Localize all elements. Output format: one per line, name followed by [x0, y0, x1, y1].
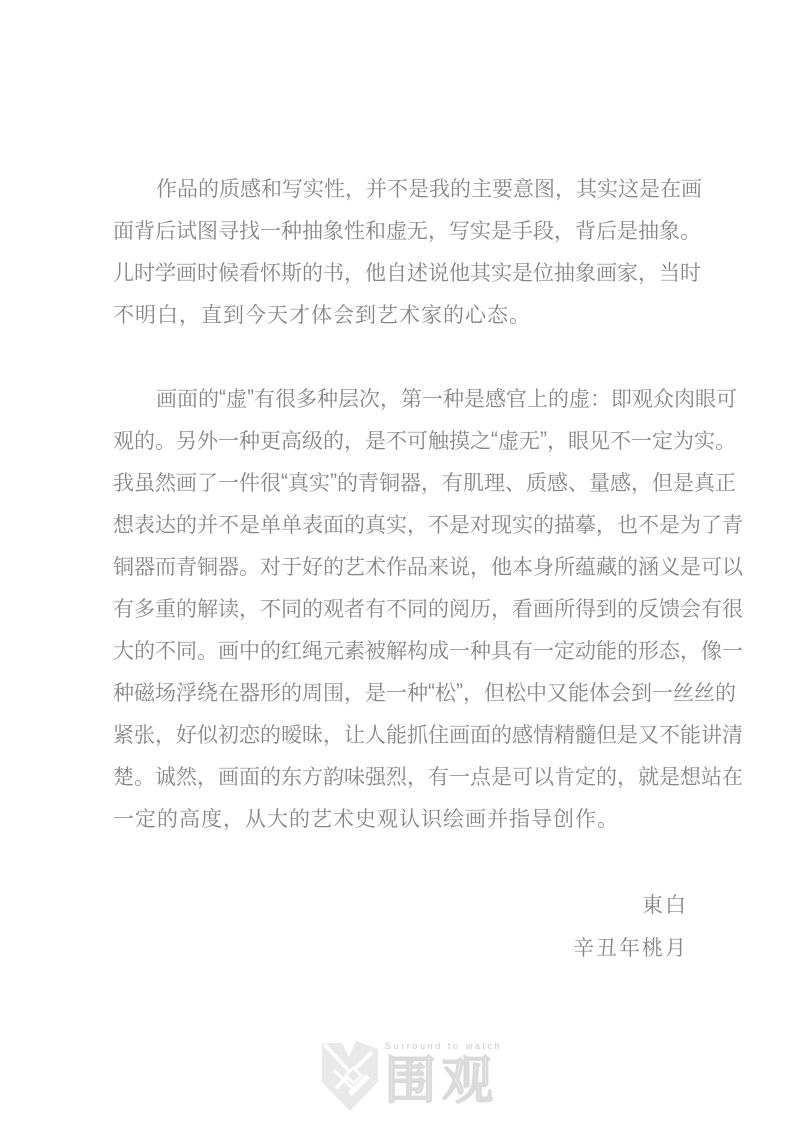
- watermark-brand: 围观: [385, 1055, 502, 1107]
- text-line: 观的。另外一种更高级的，是不可触摸之“虚无”，眼见不一定为实。: [113, 419, 688, 461]
- text-line: 儿时学画时候看怀斯的书，他自述说他其实是位抽象画家，当时: [113, 251, 688, 293]
- artist-statement: 作品的质感和写实性，并不是我的主要意图，其实这是在画 面背后试图寻找一种抽象性和…: [113, 167, 688, 970]
- text-line: 种磁场浮绕在器形的周围，是一种“松”，但松中又能体会到一丝丝的: [113, 671, 688, 713]
- text-line: 大的不同。画中的红绳元素被解构成一种具有一定动能的形态，像一: [113, 629, 688, 671]
- paragraph-2: 画面的“虚”有很多种层次，第一种是感官上的虚：即观众肉眼可 观的。另外一种更高级…: [113, 377, 688, 839]
- text-line: 一定的高度，从大的艺术史观认识绘画并指导创作。: [113, 797, 688, 839]
- text-line: 我虽然画了一件很“真实”的青铜器，有肌理、质感、量感，但是真正: [113, 461, 688, 503]
- document-page: 作品的质感和写实性，并不是我的主要意图，其实这是在画 面背后试图寻找一种抽象性和…: [0, 0, 800, 1132]
- watermark-text: Surround to watch 围观: [385, 1040, 502, 1107]
- text-line: 想表达的并不是单单表面的真实，不是对现实的描摹，也不是为了青: [113, 503, 688, 545]
- text-line: 紧张，好似初恋的暧昧，让人能抓住画面的感情精髓但是又不能讲清: [113, 713, 688, 755]
- text-line: 面背后试图寻找一种抽象性和虚无，写实是手段，背后是抽象。: [113, 209, 688, 251]
- text-line: 画面的“虚”有很多种层次，第一种是感官上的虚：即观众肉眼可: [113, 377, 688, 419]
- weiguan-shield-logo-icon: [322, 1040, 378, 1112]
- text-line: 铜器而青铜器。对于好的艺术作品来说，他本身所蕴藏的涵义是可以: [113, 545, 688, 587]
- text-line: 有多重的解读，不同的观者有不同的阅历，看画所得到的反馈会有很: [113, 587, 688, 629]
- signature-date: 辛丑年桃月: [113, 927, 688, 970]
- watermark-tagline: Surround to watch: [385, 1041, 502, 1051]
- text-line: 楚。诚然，画面的东方韵味强烈，有一点是可以肯定的，就是想站在: [113, 755, 688, 797]
- signature-block: 東白 辛丑年桃月: [113, 884, 688, 970]
- signature-name: 東白: [113, 884, 688, 927]
- paragraph-1: 作品的质感和写实性，并不是我的主要意图，其实这是在画 面背后试图寻找一种抽象性和…: [113, 167, 688, 335]
- text-line: 不明白，直到今天才体会到艺术家的心态。: [113, 293, 688, 335]
- text-line: 作品的质感和写实性，并不是我的主要意图，其实这是在画: [113, 167, 688, 209]
- watermark: Surround to watch 围观: [322, 1040, 502, 1112]
